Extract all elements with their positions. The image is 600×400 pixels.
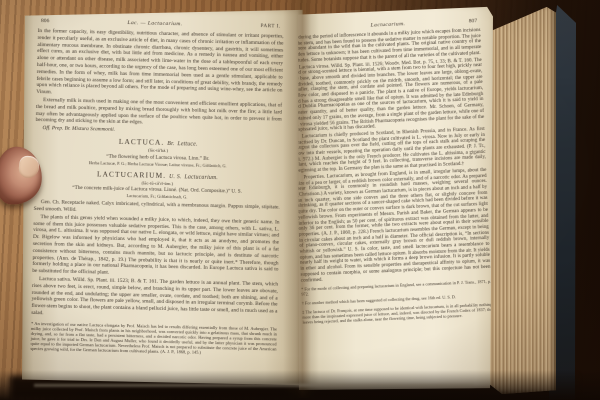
left-page-header: 806 Lac. — Lactucarium. PART I. — [38, 18, 284, 30]
heading-english-name: Lettuce. — [177, 141, 197, 147]
thumb — [0, 145, 45, 208]
heading-latin-name: Lactucarium. — [184, 174, 218, 181]
heading-title: LACTUCARIUM. — [97, 169, 166, 180]
photo-scene: 806 Lac. — Lactucarium. PART I. In the f… — [0, 0, 600, 400]
paragraph: The plants of this genus yield when woun… — [32, 214, 279, 281]
heading-title: LACTUCA. — [119, 137, 165, 147]
footnote: * An investigation of our native Lactuca… — [30, 321, 277, 357]
right-page-text: Lactucarium. 807 but during the period o… — [297, 18, 493, 325]
header-spacer — [297, 29, 307, 30]
left-part-label: PART I. — [261, 24, 281, 29]
paragraph: Lactuca virosa. Willd. Sp. Plant. iii. 1… — [297, 57, 485, 133]
heading-authority: U. S. — [169, 174, 182, 180]
left-page: 806 Lac. — Lactucarium. PART I. In the f… — [22, 8, 304, 389]
heading-authority: Br. — [167, 141, 174, 147]
right-page-number: 807 — [469, 18, 478, 24]
footnote: ‡ The lactuca of Dr. François, at one ti… — [302, 303, 492, 326]
right-page: Lactucarium. 807 but during the period o… — [297, 5, 493, 390]
left-running-title: Lac. — Lactucarium. — [127, 20, 182, 27]
left-page-number: 806 — [41, 18, 50, 24]
bottom-shadow — [0, 370, 600, 400]
right-running-title: Lactucarium. — [371, 21, 406, 28]
paragraph: In the former capacity, its easy digesti… — [36, 28, 283, 102]
left-page-text: 806 Lac. — Lactucarium. PART I. In the f… — [30, 18, 283, 357]
paragraph: Properties. Lactucarium, as brought from… — [297, 168, 491, 284]
paragraph: Lactucarium is chiefly produced in Scotl… — [297, 127, 486, 175]
paragraph: Externally milk is much used in making o… — [36, 97, 283, 130]
paragraph: Lactuca sativa. Willd. Sp. Plant. iii. 1… — [31, 276, 278, 322]
